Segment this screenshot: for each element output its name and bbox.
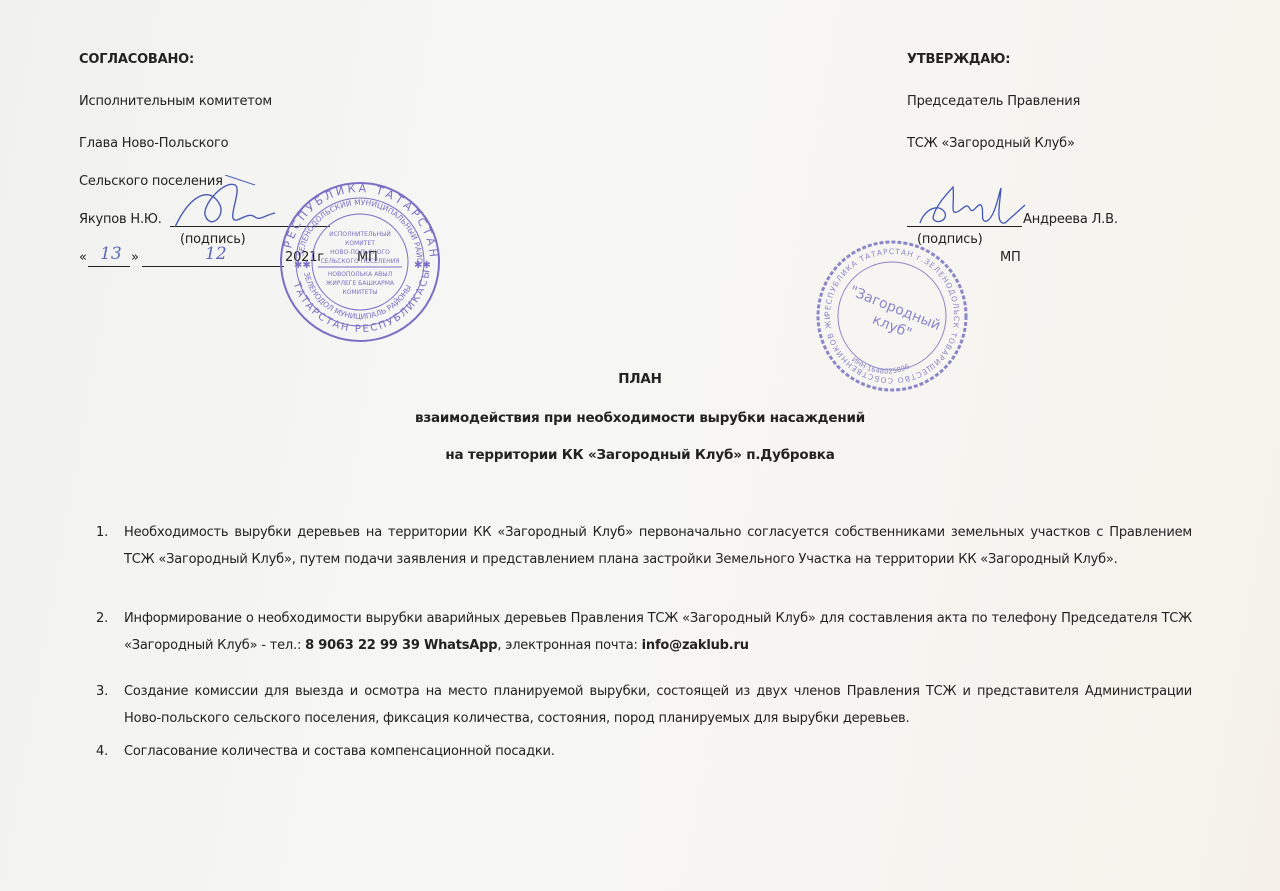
right-signer-name: Андреева Л.В.: [1023, 212, 1118, 227]
svg-text:✱✱: ✱✱: [414, 260, 431, 271]
date-close-quote: »: [131, 250, 139, 265]
date-day-line: [88, 266, 130, 267]
list-item: 1. Необходимость вырубки деревьев на тер…: [96, 520, 1192, 573]
left-line-2: Глава Ново-Польского: [79, 136, 228, 151]
agreed-heading: СОГЛАСОВАНО:: [79, 52, 194, 67]
svg-text:✱✱: ✱✱: [294, 260, 311, 271]
list-item-number: 3.: [96, 679, 120, 706]
list-item: 4. Согласование количества и состава ком…: [96, 739, 1192, 766]
list-item-number: 4.: [96, 739, 120, 766]
list-item-text: Согласование количества и состава компен…: [124, 739, 1192, 766]
date-month-line: [142, 266, 284, 267]
left-signature-scribble: [165, 175, 285, 235]
date-day-handwritten: 13: [100, 244, 122, 264]
list-item-text: Информирование о необходимости вырубки а…: [124, 606, 1192, 659]
right-signature-scribble: [915, 183, 1030, 228]
list-item-number: 2.: [96, 606, 120, 633]
document-subtitle-2: на территории КК «Загородный Клуб» п.Дуб…: [0, 447, 1280, 463]
document-title: ПЛАН: [0, 371, 1280, 387]
list-item: 2. Информирование о необходимости вырубк…: [96, 606, 1192, 659]
svg-text:ЖИРЛЕГЕ БАШКАРМА: ЖИРЛЕГЕ БАШКАРМА: [326, 280, 395, 287]
svg-text:НОВОПОЛЬКА АВЫЛ: НОВОПОЛЬКА АВЫЛ: [328, 271, 392, 278]
right-line-2: ТСЖ «Загородный Клуб»: [907, 136, 1075, 151]
left-line-1: Исполнительным комитетом: [79, 94, 272, 109]
document-subtitle-1: взаимодействия при необходимости вырубки…: [0, 410, 1280, 426]
contact-email: info@zaklub.ru: [642, 638, 749, 653]
svg-text:КОМИТЕТ: КОМИТЕТ: [345, 240, 375, 247]
list-item-text: Необходимость вырубки деревьев на террит…: [124, 520, 1192, 573]
right-seal-label: МП: [1000, 250, 1021, 265]
contact-phone: 8 9063 22 99 39 WhatsApp: [305, 638, 497, 653]
right-signature-caption: (подпись): [917, 232, 983, 247]
approve-heading: УТВЕРЖДАЮ:: [907, 52, 1010, 67]
list-item-text: Создание комиссии для выезда и осмотра н…: [124, 679, 1192, 732]
svg-text:КОМИТЕТЫ: КОМИТЕТЫ: [342, 289, 377, 296]
date-open-quote: «: [79, 250, 87, 265]
date-month-handwritten: 12: [205, 244, 227, 264]
list-item: 3. Создание комиссии для выезда и осмотр…: [96, 679, 1192, 732]
right-line-1: Председатель Правления: [907, 94, 1080, 109]
list-item-number: 1.: [96, 520, 120, 547]
svg-text:НОВО-ПОЛЬСКОГО: НОВО-ПОЛЬСКОГО: [330, 249, 390, 256]
left-signer-name: Якупов Н.Ю.: [79, 212, 162, 227]
svg-text:СЕЛЬСКОГО ПОСЕЛЕНИЯ: СЕЛЬСКОГО ПОСЕЛЕНИЯ: [321, 258, 400, 265]
svg-text:ИСПОЛНИТЕЛЬНЫЙ: ИСПОЛНИТЕЛЬНЫЙ: [329, 231, 391, 238]
hoa-stamp: РЕСПУБЛИКА ТАТАРСТАН г.ЗЕЛЕНОДОЛЬСК ТОВА…: [816, 240, 968, 392]
municipal-stamp: РЕСПУБЛИКА ТАТАРСТАН ЗЕЛЕНОДОЛЬСКИЙ МУНИ…: [278, 180, 442, 344]
